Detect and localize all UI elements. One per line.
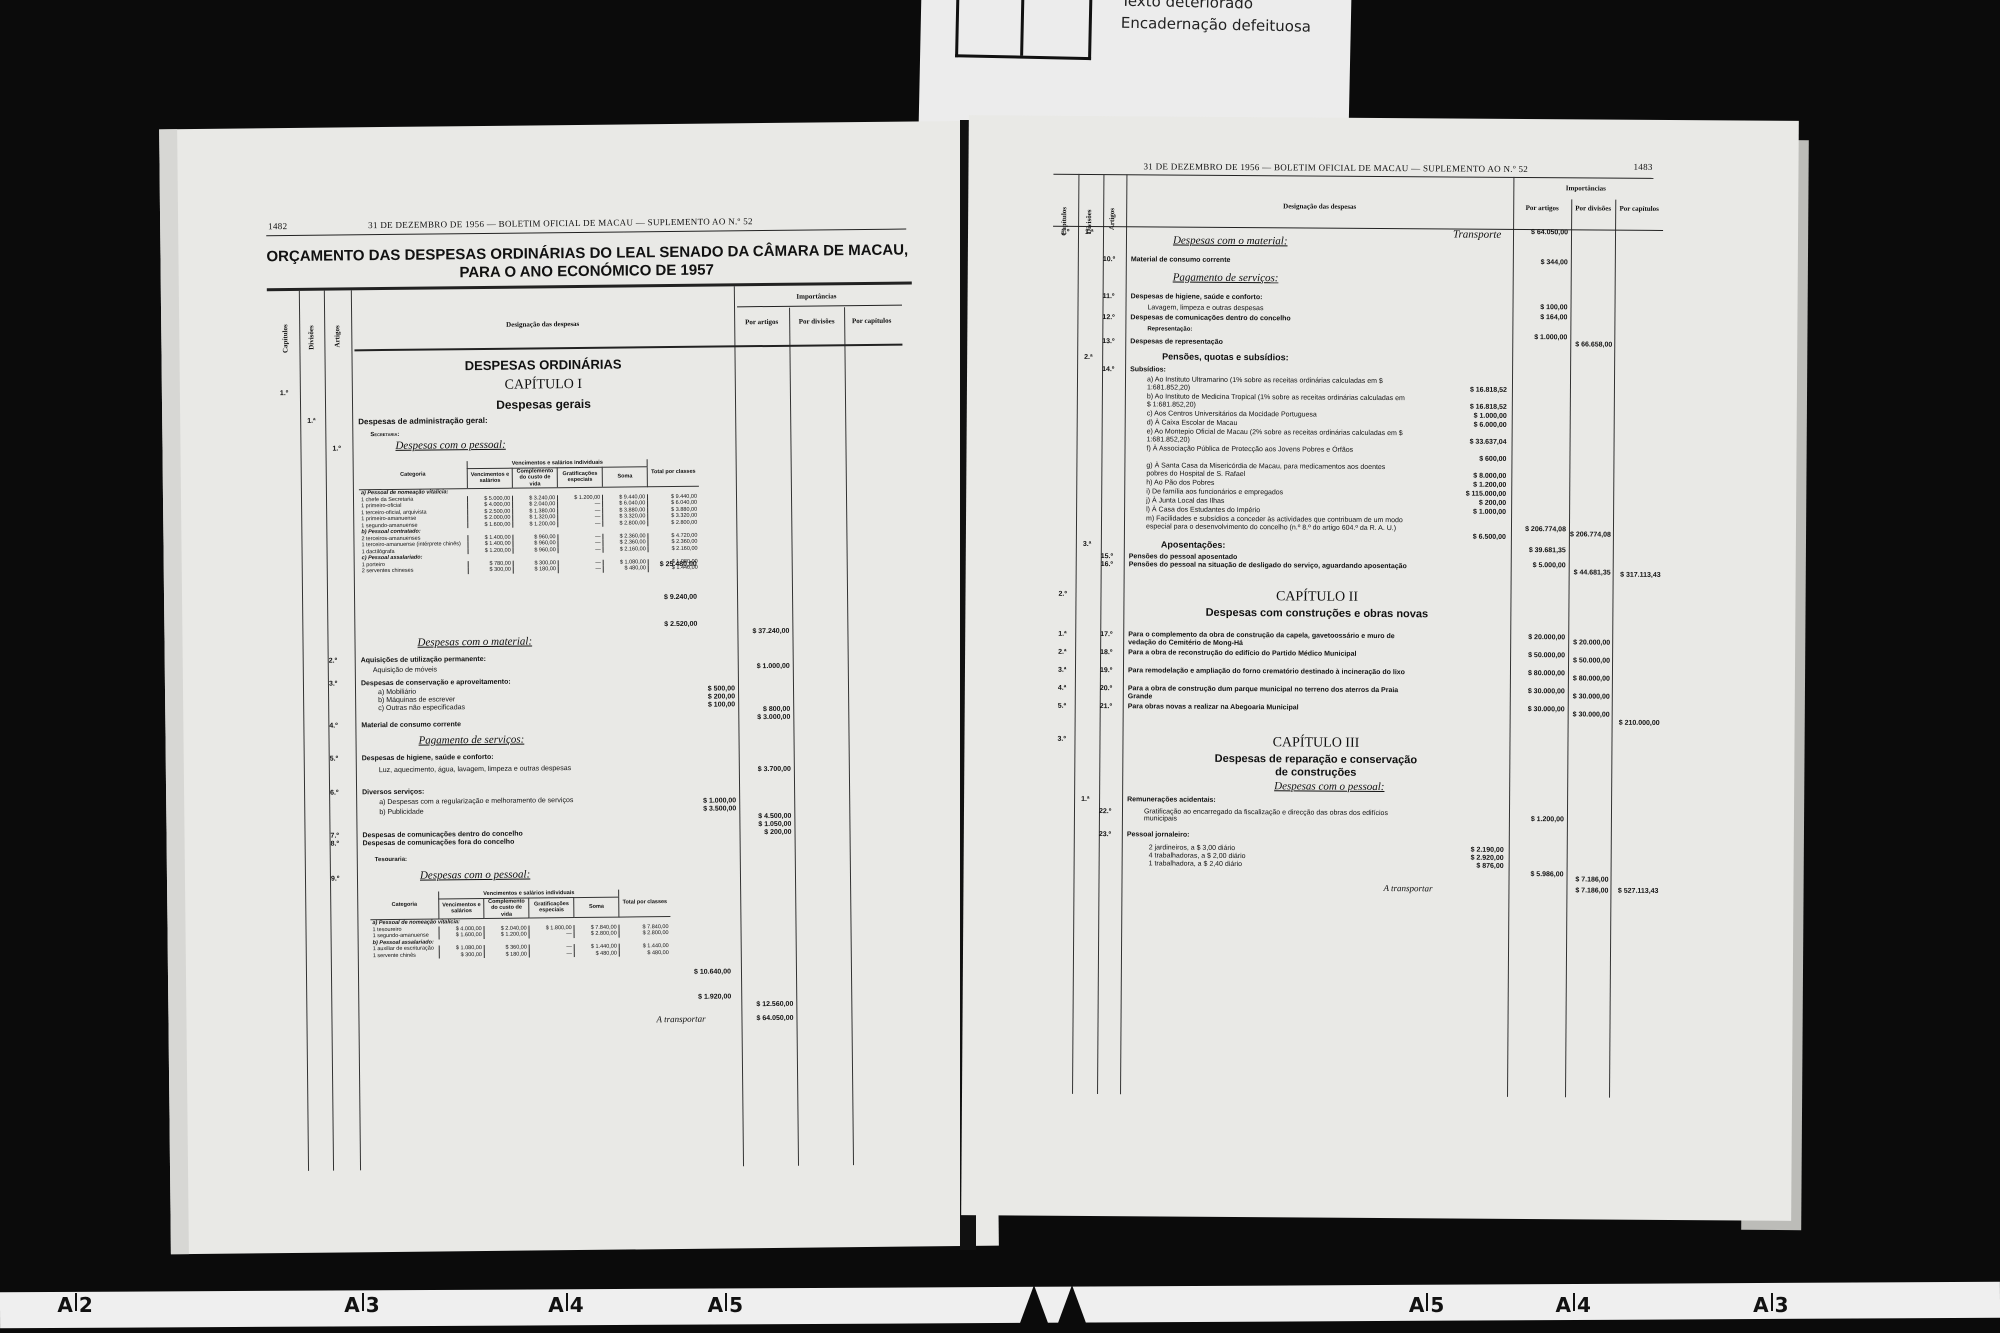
art6-sub-label: b) Publicidade (379, 809, 423, 816)
obra-label: Para a obra de construção dum parque mun… (1128, 685, 1408, 703)
table-cell: $ 300,00 (468, 567, 513, 574)
art8-label: Despesas de comunicações fora do concelh… (363, 839, 515, 848)
subtotal: $ 2.520,00 (622, 621, 697, 629)
subsidio-label: m) Facilidades e subsídios a conceder às… (1146, 515, 1406, 533)
marker-letter: A (1556, 1293, 1571, 1317)
obra-label: Para a obra de reconstrução do edifício … (1128, 649, 1408, 659)
art7-value: $ 1.050,00 (739, 821, 791, 829)
art11-label: Despesas de higiene, saúde e conforto: (1131, 293, 1263, 301)
jornaleiro-value: $ 876,00 (1444, 862, 1504, 869)
page-number: 1483 (1633, 162, 1652, 172)
marker-bar (1573, 1293, 1575, 1311)
table-cell: 2 serventes chineses (360, 567, 469, 575)
marker-letter: A (57, 1293, 72, 1317)
running-header: 31 DE DEZEMBRO DE 1956 — BOLETIM OFICIAL… (368, 216, 753, 230)
col-header: Complemento do custo de vida (484, 898, 529, 919)
obra-art-number: 17.º (1100, 631, 1112, 638)
cap1-total: $ 317.113,43 (1613, 572, 1661, 579)
obra-artigo-value: $ 30.000,00 (1510, 688, 1565, 695)
art15-value: $ 39.681,35 (1511, 547, 1566, 554)
transport-value: $ 64.050,00 (1513, 229, 1568, 236)
marker-number: 4 (1577, 1293, 1591, 1317)
col-por-artigos: Por artigos (734, 318, 789, 327)
obra-divisao-value: $ 20.000,00 (1568, 639, 1610, 646)
col-header: Total por classes (647, 459, 699, 487)
art6-sub-value: $ 1.000,00 (684, 797, 736, 805)
marker-letter: A (708, 1293, 723, 1317)
table-cell: 1 terceiro-amanuense (intérprete chinês) (359, 541, 468, 549)
subsidio-label: e) Ao Montepio Oficial de Macau (2% sobr… (1147, 428, 1407, 446)
div3-label: Aposentações: (1161, 539, 1226, 549)
art5-label: Despesas de higiene, saúde e conforto: (362, 754, 494, 762)
book-damage-icon (955, 0, 1092, 60)
film-marker: A5 (708, 1293, 743, 1317)
jornaleiro-value: $ 2.920,00 (1444, 854, 1504, 861)
tesouraria-label: Tesouraria: (375, 857, 407, 863)
art2-value: $ 1.000,00 (738, 663, 790, 671)
chapter3-title-2: de construções (1122, 765, 1509, 780)
cap-number: 1.º (280, 390, 288, 397)
table-cell: 1 servente chinês (371, 952, 440, 959)
obra-artigo-value: $ 20.000,00 (1510, 634, 1565, 641)
div2-label: Pensões, quotas e subsídios: (1162, 351, 1289, 362)
art6-value: $ 4.500,00 (739, 813, 791, 821)
subsidio-label: b) Ao Instituto de Medicina Tropical (1%… (1147, 393, 1407, 411)
section-heading: DESPESAS ORDINÁRIAS (352, 355, 735, 374)
marker-letter: A (1753, 1293, 1768, 1317)
art4-value: $ 3.000,00 (738, 714, 790, 722)
obra-divisao-value: $ 30.000,00 (1568, 711, 1610, 718)
notch-marker (1020, 1285, 1048, 1323)
representacao-label: Representação: (1147, 326, 1192, 332)
div-label: Despesas de administração geral: (358, 416, 487, 426)
material-heading: Despesas com o material: (1173, 235, 1288, 248)
col-por-divisoes: Por divisões (789, 317, 844, 326)
subtotal: $ 9.240,00 (622, 594, 697, 602)
art12-label: Despesas de comunicações dentro do conce… (1130, 314, 1290, 322)
jornaleiro-label: 2 jardineiros, a $ 3,00 diário (1149, 844, 1235, 852)
subsidio-value: $ 6.000,00 (1447, 421, 1507, 428)
div-number: 1.ª (1085, 229, 1093, 236)
carry-label: A transportar (1383, 883, 1432, 893)
art7-number: 7.º (331, 833, 339, 840)
marker-number: 2 (79, 1293, 93, 1317)
film-strip (0, 1282, 2000, 1328)
carry-capitulo: $ 527.113,43 (1610, 888, 1658, 895)
art3-total: $ 800,00 (738, 706, 790, 714)
art3-label: Despesas de conservação e aproveitamento… (361, 679, 511, 688)
salary-table-tesouraria: CategoriaVencimentos e salários individu… (370, 889, 671, 959)
art4-label: Material de consumo corrente (361, 721, 461, 729)
marker-number: 3 (366, 1293, 380, 1317)
film-marker: A5 (1409, 1293, 1444, 1317)
subsidio-value: $ 6.500,00 (1446, 533, 1506, 540)
marker-letter: A (548, 1293, 563, 1317)
art4-number: 4.º (329, 723, 337, 730)
art5-sub: Luz, aquecimento, água, lavagem, limpeza… (379, 765, 619, 775)
cap3-number: 3.º (1057, 736, 1065, 743)
jornaleiro-value: $ 2.190,00 (1444, 846, 1504, 853)
carry-label: A transportar (656, 1014, 705, 1025)
art6-number: 6.º (330, 790, 338, 797)
art9-heading: Despesas com o pessoal: (420, 869, 530, 882)
art2-label: Aquisições de utilização permanente: (361, 656, 486, 664)
cap3-div-number: 1.ª (1081, 796, 1089, 803)
col-importancias: Importâncias (734, 292, 899, 302)
subsidio-value: $ 1.000,00 (1447, 412, 1507, 419)
notch-marker (1058, 1285, 1086, 1323)
marker-number: 4 (570, 1293, 584, 1317)
cap2-total: $ 210.000,00 (1612, 720, 1660, 727)
table-cell: $ 480,00 (619, 950, 670, 957)
chapter2-heading: CAPÍTULO II (1123, 588, 1510, 607)
art10-number: 10.º (1103, 256, 1115, 263)
art3-sub-value: $ 500,00 (683, 685, 735, 693)
obra-label: Para o complemento da obra de construção… (1128, 631, 1408, 649)
col-header: Vencimentos e salários (439, 898, 484, 919)
art11-sub: Lavagem, limpeza e outras despesas (1147, 304, 1263, 312)
art15-number: 15.º (1101, 553, 1113, 560)
art3-number: 3.º (329, 681, 337, 688)
art8-number: 8.º (331, 841, 339, 848)
film-marker: A2 (57, 1293, 92, 1317)
art3-sub-value: $ 200,00 (683, 693, 735, 701)
obra-divisao-value: $ 30.000,00 (1568, 693, 1610, 700)
obra-div-number: 1.ª (1058, 631, 1066, 638)
art11-value: $ 100,00 (1512, 304, 1567, 311)
col-artigos: Artigos (333, 325, 341, 347)
table-cell: $ 300,00 (439, 952, 484, 959)
col-header: Soma (602, 466, 647, 487)
subsidio-value: $ 16.818,52 (1447, 403, 1507, 410)
col-header: Vencimentos e salários (467, 468, 512, 489)
jornaleiro-label: 4 trabalhadoras, a $ 2,00 diário (1149, 852, 1246, 860)
film-marker: A3 (344, 1293, 379, 1317)
subtotal: $ 1.920,00 (656, 993, 731, 1001)
col-header: Complemento do custo de vida (512, 467, 557, 488)
div-number: 1.ª (307, 418, 316, 425)
col-header: Total por classes (619, 889, 671, 917)
art22-number: 22.º (1099, 808, 1111, 815)
servicos-heading: Pagamento de serviços: (1173, 272, 1279, 285)
col-por-divisoes: Por divisões (1571, 204, 1615, 212)
subsidio-label: a) Ao Instituto Ultramarino (1% sobre as… (1147, 376, 1407, 394)
obra-art-number: 20.º (1100, 685, 1112, 692)
table-cell: $ 480,00 (574, 950, 619, 957)
obra-art-number: 21.º (1100, 703, 1112, 710)
art6-label: Diversos serviços: (362, 789, 424, 797)
div2-total: $ 206.774,08 (1569, 531, 1611, 538)
marker-number: 3 (1775, 1293, 1789, 1317)
art16-value: $ 5.000,00 (1511, 562, 1566, 569)
div3-total: $ 44.681,35 (1569, 569, 1611, 576)
obra-div-number: 5.ª (1058, 703, 1066, 710)
marker-letter: A (1409, 1293, 1424, 1317)
film-marker: A3 (1753, 1293, 1788, 1317)
art6-sub-label: a) Despesas com a regularização e melhor… (379, 797, 573, 806)
art22-value: $ 1.200,00 (1509, 816, 1564, 823)
div2-number: 2.ª (1084, 354, 1092, 361)
subtotal: $ 25.480,00 (622, 561, 697, 569)
art23-label: Pessoal jornaleiro: (1127, 831, 1190, 838)
table-cell: — (558, 566, 603, 573)
art13-value: $ 1.000,00 (1512, 334, 1567, 341)
col-divisoes: Divisões (307, 325, 315, 350)
subsidio-value: $ 1.000,00 (1446, 508, 1506, 515)
art11-number: 11.º (1103, 293, 1115, 300)
obra-label: Para remodelação e ampliação do forno cr… (1128, 667, 1408, 677)
obra-div-number: 3.ª (1058, 667, 1066, 674)
cap-number: 1.º (1061, 229, 1069, 236)
art10-value: $ 344,00 (1513, 259, 1568, 266)
col-por-capitulos: Por capítulos (1615, 205, 1663, 213)
film-marker: A4 (548, 1293, 583, 1317)
subsidio-value: $ 16.818,52 (1447, 386, 1507, 393)
art5-value: $ 3.700,00 (739, 766, 791, 774)
art14-total: $ 206.774,08 (1511, 526, 1566, 533)
art23-number: 23.º (1099, 831, 1111, 838)
subtotal: $ 10.640,00 (656, 968, 731, 976)
marker-number: 5 (1430, 1293, 1444, 1317)
marker-bar (725, 1293, 727, 1311)
material-heading: Despesas com o material: (417, 635, 532, 648)
art10-label: Material de consumo corrente (1131, 256, 1231, 264)
subsidio-value: $ 8.000,00 (1446, 472, 1506, 479)
transport-label: Transporte (1453, 228, 1501, 240)
art13-label: Despesas de representação (1130, 338, 1223, 346)
col-designacao: Designação das despesas (1126, 201, 1513, 212)
subsidio-value: $ 600,00 (1446, 455, 1506, 462)
marker-letter: A (344, 1293, 359, 1317)
servicos-heading: Pagamento de serviços: (418, 734, 524, 747)
obra-div-number: 4.ª (1058, 685, 1066, 692)
marker-bar (1771, 1293, 1773, 1311)
salary-table-secretaria: CategoriaVencimentos e salários individu… (359, 459, 700, 575)
film-marker: A4 (1556, 1293, 1591, 1317)
marker-bar (1426, 1293, 1428, 1311)
col-por-artigos: Por artigos (1513, 204, 1571, 212)
left-page: 1482 31 DE DEZEMBRO DE 1956 — BOLETIM OF… (159, 121, 999, 1255)
col-capitulos: Capítulos (281, 324, 289, 353)
div3-number: 3.ª (1083, 541, 1091, 548)
subsidio-value: $ 200,00 (1446, 499, 1506, 506)
col-por-capitulos: Por capítulos (844, 317, 899, 326)
subsidio-value: $ 33.637,04 (1447, 438, 1507, 445)
art23-total: $ 5.986,00 (1509, 871, 1564, 878)
art1-heading: Despesas com o pessoal: (395, 439, 505, 452)
subsidio-value: $ 115.000,00 (1446, 490, 1506, 497)
col-header: Soma (574, 897, 619, 918)
page-number: 1482 (268, 221, 287, 231)
art13-number: 13.º (1102, 338, 1114, 345)
art2-number: 2.º (329, 658, 337, 665)
art14-label: Subsídios: (1130, 366, 1166, 373)
col-header: Gratificações especiais (529, 897, 574, 918)
art9-number: 9.º (331, 876, 339, 883)
marker-bar (362, 1293, 364, 1311)
table-cell: $ 180,00 (513, 566, 558, 573)
secretaria-label: Secretaria: (370, 432, 399, 438)
cap3-div-total: $ 7.186,00 (1567, 876, 1609, 883)
obra-div-number: 2.ª (1058, 649, 1066, 656)
pessoal-heading: Despesas com o pessoal: (1274, 780, 1384, 793)
subsidio-label: f) À Associação Pública de Protecção aos… (1146, 445, 1406, 455)
obra-art-number: 19.º (1100, 667, 1112, 674)
art16-number: 16.º (1101, 561, 1113, 568)
col-header: Gratificações especiais (557, 467, 602, 488)
art3-sub-label: b) Máquinas de escrever (378, 696, 455, 704)
marker-bar (75, 1293, 77, 1311)
table-cell: 1 auxiliar de escrituração (371, 945, 440, 952)
art14-number: 14.º (1102, 366, 1114, 373)
art16-label: Pensões do pessoal na situação de deslig… (1129, 561, 1409, 570)
marker-number: 5 (729, 1293, 743, 1317)
card-line: Encadernação defeituosa (1121, 12, 1312, 38)
obra-artigo-value: $ 50.000,00 (1510, 652, 1565, 659)
art12-value: $ 164,00 (1512, 314, 1567, 321)
art6-sub-value: $ 3.500,00 (684, 805, 736, 813)
art8-value: $ 200,00 (739, 829, 791, 837)
chapter-title: Despesas gerais (352, 395, 735, 413)
col-designacao: Designação das despesas (351, 318, 734, 330)
art5-number: 5.º (330, 756, 338, 763)
obra-divisao-value: $ 50.000,00 (1568, 657, 1610, 664)
subsidio-label: g) À Santa Casa da Misericórdia de Macau… (1146, 462, 1406, 480)
article-total: $ 37.240,00 (737, 628, 789, 636)
art3-sub-label: c) Outras não especificadas (378, 704, 465, 712)
art22-label: Gratificação ao encarregado da fiscaliza… (1144, 808, 1404, 824)
running-header: 31 DE DEZEMBRO DE 1956 — BOLETIM OFICIAL… (1143, 161, 1528, 174)
cap2-number: 2.º (1058, 591, 1066, 598)
carry-divisao: $ 7.186,00 (1566, 887, 1608, 894)
remun-label: Remunerações acidentais: (1127, 796, 1216, 804)
obra-artigo-value: $ 80.000,00 (1510, 670, 1565, 677)
obra-artigo-value: $ 30.000,00 (1510, 706, 1565, 713)
jornaleiro-label: 1 trabalhadora, a $ 2,40 diário (1149, 860, 1242, 868)
marker-bar (566, 1293, 568, 1311)
obra-label: Para obras novas a realizar na Abegoaria… (1128, 703, 1408, 713)
art12-number: 12.º (1102, 314, 1114, 321)
carry-value: $ 64.050,00 (741, 1015, 793, 1023)
col-importancias: Importâncias (1513, 184, 1658, 193)
obra-divisao-value: $ 80.000,00 (1568, 675, 1610, 682)
article-total: $ 12.560,00 (741, 1001, 793, 1009)
right-page: 31 DE DEZEMBRO DE 1956 — BOLETIM OFICIAL… (961, 115, 1799, 1221)
chapter3-heading: CAPÍTULO III (1122, 734, 1509, 753)
col-header: Categoria (370, 891, 439, 919)
art3-sub-value: $ 100,00 (683, 701, 735, 709)
table-cell: — (529, 951, 574, 958)
art3-sub-label: a) Mobiliário (378, 689, 416, 696)
chapter2-title: Despesas com construções e obras novas (1123, 606, 1510, 621)
obra-art-number: 18.º (1100, 649, 1112, 656)
div1-total: $ 66.658,00 (1570, 341, 1612, 348)
col-header: Categoria (359, 461, 468, 490)
art15-label: Pensões do pessoal aposentado (1129, 553, 1238, 561)
art1-number: 1.º (332, 445, 340, 452)
subsidio-value: $ 1.200,00 (1446, 481, 1506, 488)
art2-sub: Aquisição de móveis (373, 666, 437, 674)
table-cell: $ 180,00 (484, 951, 529, 958)
chapter-heading: CAPÍTULO I (352, 375, 735, 395)
